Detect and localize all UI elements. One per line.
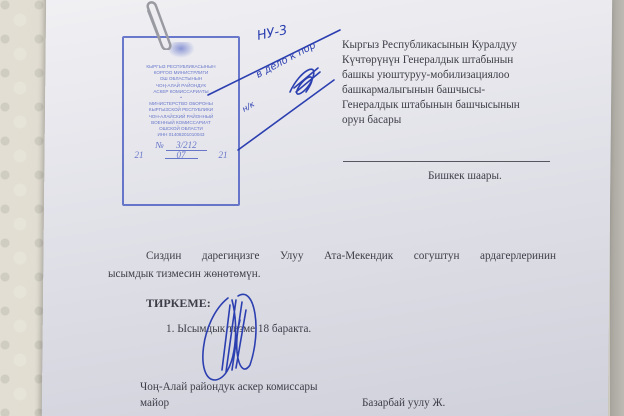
main-signature xyxy=(203,294,256,380)
paperclip-icon xyxy=(138,0,178,50)
resolution-text-3: н/к xyxy=(241,99,257,113)
handwriting-overlay: НУ-3 в дело к пор н/к xyxy=(0,0,624,416)
resolution-text-2: в дело к пор xyxy=(254,40,317,81)
resolution-line-2 xyxy=(238,80,334,150)
resolution-text-1: НУ-3 xyxy=(256,23,289,44)
resolution-signature xyxy=(290,68,320,94)
